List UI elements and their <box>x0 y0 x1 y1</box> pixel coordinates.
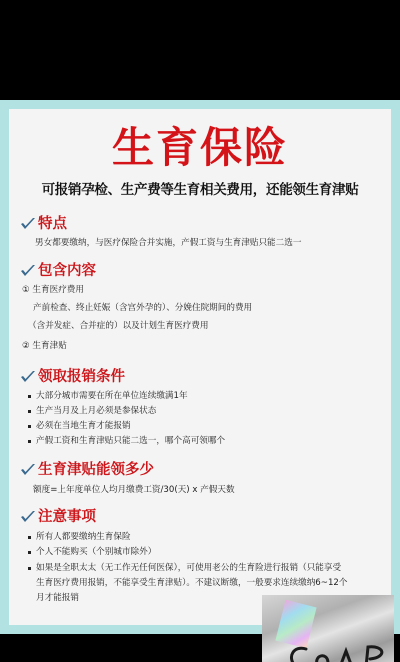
check-icon <box>20 509 36 525</box>
bullet-icon <box>28 567 31 570</box>
section-features-heading: 特点 <box>20 213 67 235</box>
contents-item-1-detail-cont: （含并发症、合并症的）以及计划生育医疗费用 <box>28 320 208 332</box>
contents-item-1: ① 生育医疗费用 <box>22 284 84 296</box>
allowance-formula: 额度=上年度单位人均月缴费工资/30(天) x 产假天数 <box>33 484 235 496</box>
section-title: 包含内容 <box>38 261 96 281</box>
features-text: 男女都要缴纳，与医疗保险合并实施，产假工资与生育津贴只能二选一 <box>35 237 301 249</box>
note-item: 所有人都要缴纳生育保险 <box>36 531 131 543</box>
check-icon <box>20 216 36 232</box>
bullet-icon <box>28 440 31 443</box>
note-item: 个人不能购买（个别城市除外） <box>36 546 156 558</box>
note-item-continuation: 月才能报销 <box>36 592 79 604</box>
note-item-continuation: 生育医疗费用报销，不能享受生育津贴）。不建议断缴，一般要求连续缴纳6~12个 <box>36 577 348 589</box>
condition-item: 必须在当地生育才能报销 <box>36 420 131 432</box>
section-title: 特点 <box>38 214 67 234</box>
scribble-decoration <box>284 639 394 662</box>
section-conditions-heading: 领取报销条件 <box>20 366 125 388</box>
check-icon <box>20 369 36 385</box>
section-allowance-heading: 生育津贴能领多少 <box>20 459 154 481</box>
bullet-icon <box>28 551 31 554</box>
decorative-sticker <box>262 595 394 662</box>
section-title: 生育津贴能领多少 <box>38 460 154 480</box>
bullet-icon <box>28 395 31 398</box>
condition-item: 产假工资和生育津贴只能二选一，哪个高可领哪个 <box>36 435 225 447</box>
check-icon <box>20 263 36 279</box>
page-subtitle: 可报销孕检、生产费等生育相关费用，还能领生育津贴 <box>0 180 400 200</box>
condition-item: 生产当月及上月必须是参保状态 <box>36 405 156 417</box>
section-title: 注意事项 <box>38 507 96 527</box>
bullet-icon <box>28 425 31 428</box>
note-item: 如果是全职太太（无工作无任何医保），可使用老公的生育险进行报销（只能享受 <box>36 562 341 574</box>
contents-item-1-detail: 产前检查、终止妊娠（含宫外孕的）、分娩住院期间的费用 <box>33 302 252 314</box>
contents-item-2: ② 生育津贴 <box>22 340 67 352</box>
section-notes-heading: 注意事项 <box>20 506 96 528</box>
condition-item: 大部分城市需要在所在单位连续缴满1年 <box>36 390 188 402</box>
section-title: 领取报销条件 <box>38 367 125 387</box>
bullet-icon <box>28 536 31 539</box>
check-icon <box>20 462 36 478</box>
section-contents-heading: 包含内容 <box>20 260 96 282</box>
page-title: 生育保险 <box>0 118 400 178</box>
bullet-icon <box>28 410 31 413</box>
